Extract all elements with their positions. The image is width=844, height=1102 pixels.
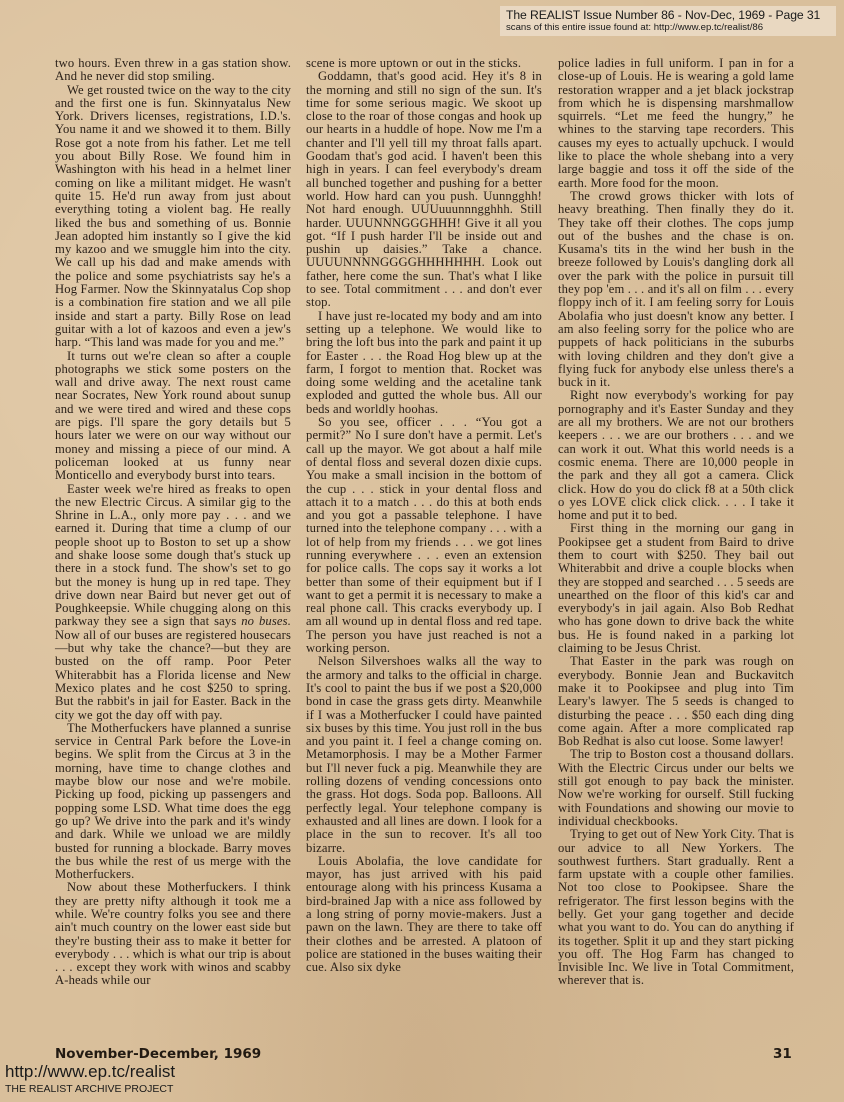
paragraph: The trip to Boston cost a thousand dolla…	[558, 748, 794, 828]
paragraph: It turns out we're clean so after a coup…	[55, 350, 291, 483]
archive-link[interactable]: http://www.ep.tc/realist	[5, 1062, 175, 1082]
paragraph: Nelson Silvershoes walks all the way to …	[306, 655, 542, 854]
paragraph: Trying to get out of New York City. That…	[558, 828, 794, 988]
paragraph: police ladies in full uniform. I pan in …	[558, 57, 794, 190]
paragraph: I have just re-located my body and am in…	[306, 310, 542, 416]
paragraph: The Motherfuckers have planned a sunrise…	[55, 722, 291, 882]
paragraph: scene is more uptown or out in the stick…	[306, 57, 542, 70]
article-column-1: two hours. Even threw in a gas station s…	[55, 57, 291, 988]
italic-phrase: no buses.	[241, 614, 291, 628]
paragraph: Easter week we're hired as freaks to ope…	[55, 483, 291, 722]
paragraph: Goddamn, that's good acid. Hey it's 8 in…	[306, 70, 542, 309]
paragraph: two hours. Even threw in a gas station s…	[55, 57, 291, 84]
archive-project-label: THE REALIST ARCHIVE PROJECT	[5, 1083, 173, 1095]
paragraph: So you see, officer . . . “You got a per…	[306, 416, 542, 655]
paragraph: The crowd grows thicker with lots of hea…	[558, 190, 794, 389]
paragraph: Louis Abolafia, the love candidate for m…	[306, 855, 542, 975]
issue-date: November-December, 1969	[55, 1046, 261, 1062]
page-number: 31	[773, 1046, 792, 1062]
article-column-2: scene is more uptown or out in the stick…	[306, 57, 542, 974]
archive-header-title: The REALIST Issue Number 86 - Nov-Dec, 1…	[506, 8, 830, 22]
paragraph: That Easter in the park was rough on eve…	[558, 655, 794, 748]
article-column-3: police ladies in full uniform. I pan in …	[558, 57, 794, 988]
paragraph: Now about these Motherfuckers. I think t…	[55, 881, 291, 987]
paragraph: We get rousted twice on the way to the c…	[55, 84, 291, 350]
archive-header: The REALIST Issue Number 86 - Nov-Dec, 1…	[500, 6, 836, 36]
paragraph: Right now everybody's working for pay po…	[558, 389, 794, 522]
paragraph: First thing in the morning our gang in P…	[558, 522, 794, 655]
archive-header-subtitle: scans of this entire issue found at: htt…	[506, 22, 830, 33]
